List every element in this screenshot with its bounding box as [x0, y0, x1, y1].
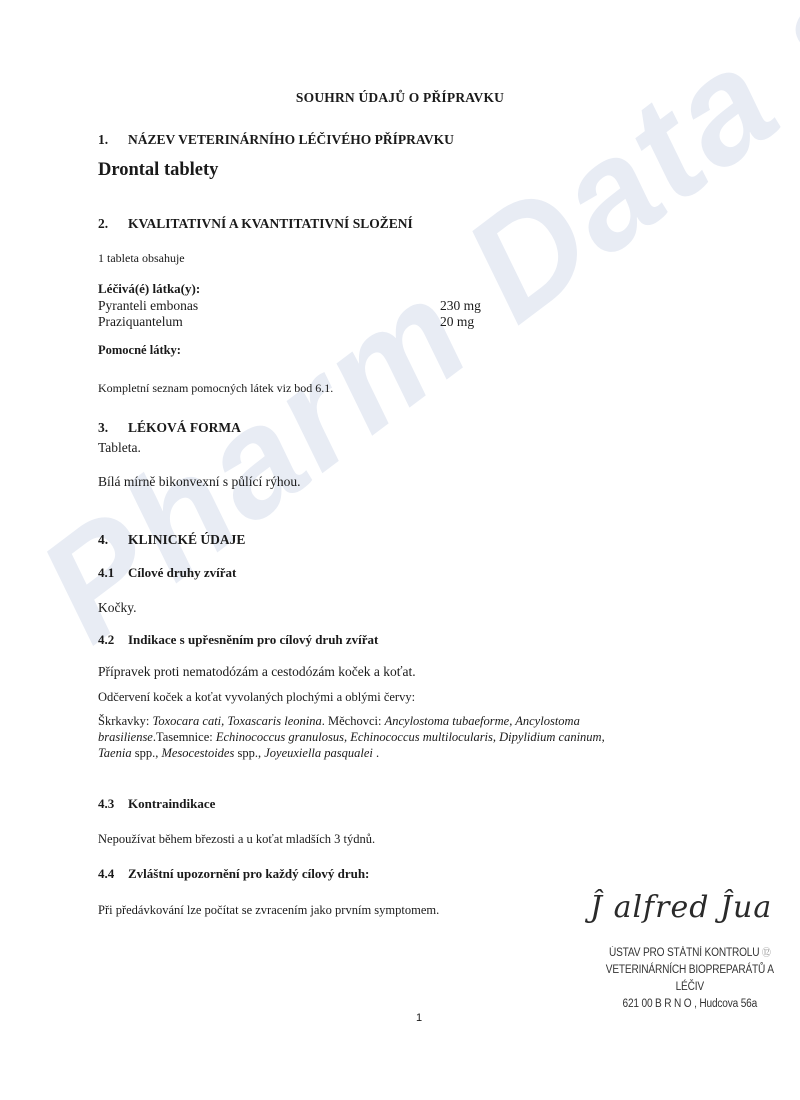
active-substance-amount: 20 mg: [440, 314, 474, 330]
section-2-heading: 2.KVALITATIVNÍ A KVANTITATIVNÍ SLOŽENÍ: [98, 216, 413, 232]
section-title: KVALITATIVNÍ A KVANTITATIVNÍ SLOŽENÍ: [128, 216, 413, 231]
form-description: Bílá mírně bikonvexní s půlící rýhou.: [98, 474, 300, 490]
section-number: 2.: [98, 216, 128, 232]
section-4-heading: 4.KLINICKÉ ÚDAJE: [98, 532, 245, 548]
section-1-heading: 1.NÁZEV VETERINÁRNÍHO LÉČIVÉHO PŘÍPRAVKU: [98, 132, 454, 148]
species-name: brasiliense: [98, 730, 153, 744]
subsection-title: Indikace s upřesněním pro cílový druh zv…: [128, 632, 378, 647]
section-3-heading: 3.LÉKOVÁ FORMA: [98, 420, 241, 436]
document-page: SOUHRN ÚDAJŮ O PŘÍPRAVKU 1.NÁZEV VETERIN…: [0, 0, 800, 1100]
subsection-title: Cílové druhy zvířat: [128, 565, 236, 580]
contraindication-text: Nepoužívat během březosti a u koťat mlad…: [98, 832, 375, 847]
text: .: [373, 746, 379, 760]
text: . Měchovci:: [322, 714, 385, 728]
parasite-list-line-3: Taenia spp., Mesocestoides spp., Joyeuxi…: [98, 746, 379, 761]
subsection-number: 4.4: [98, 866, 128, 882]
text: .Tasemnice:: [153, 730, 216, 744]
section-number: 4.: [98, 532, 128, 548]
species-name: Echinococcus granulosus, Echinococcus mu…: [216, 730, 605, 744]
official-stamp: ÚSTAV PRO STÁTNÍ KONTROLU ⑫ VETERINÁRNÍC…: [593, 945, 787, 1013]
pharmaceutical-form: Tableta.: [98, 440, 141, 456]
parasite-list-line-2: brasiliense.Tasemnice: Echinococcus gran…: [98, 730, 605, 745]
section-number: 1.: [98, 132, 128, 148]
species-name: Ancylostoma tubaeforme, Ancylostoma: [385, 714, 580, 728]
indication-detail: Odčervení koček a koťat vyvolaných ploch…: [98, 690, 415, 705]
subsection-4-4-heading: 4.4Zvláštní upozornění pro každý cílový …: [98, 866, 369, 882]
section-number: 3.: [98, 420, 128, 436]
excipients-text: Kompletní seznam pomocných látek viz bod…: [98, 381, 333, 396]
species-name: Taenia: [98, 746, 132, 760]
excipients-label: Pomocné látky:: [98, 343, 181, 358]
subsection-number: 4.2: [98, 632, 128, 648]
stamp-text: ÚSTAV PRO STÁTNÍ KONTROLU: [609, 947, 759, 959]
active-substance-name: Pyranteli embonas: [98, 298, 198, 314]
text: spp.,: [132, 746, 162, 760]
text: Škrkavky:: [98, 714, 153, 728]
active-substance-amount: 230 mg: [440, 298, 481, 314]
subsection-title: Zvláštní upozornění pro každý cílový dru…: [128, 866, 369, 881]
stamp-line-3: 621 00 B R N O , Hudcova 56a: [593, 996, 787, 1013]
stamp-line-1: ÚSTAV PRO STÁTNÍ KONTROLU ⑫: [593, 945, 787, 962]
section-title: NÁZEV VETERINÁRNÍHO LÉČIVÉHO PŘÍPRAVKU: [128, 132, 454, 147]
product-name: Drontal tablety: [98, 160, 218, 181]
species-name: Mesocestoides: [161, 746, 234, 760]
stamp-mark-icon: ⑫: [762, 948, 771, 959]
text: spp.,: [234, 746, 264, 760]
page-number: 1: [416, 1012, 422, 1024]
warning-text: Při předávkování lze počítat se zvracení…: [98, 903, 439, 918]
target-species: Kočky.: [98, 600, 137, 616]
indication-text: Přípravek proti nematodózám a cestodózám…: [98, 664, 416, 680]
parasite-list-line-1: Škrkavky: Toxocara cati, Toxascaris leon…: [98, 714, 580, 729]
subsection-number: 4.3: [98, 796, 128, 812]
subsection-4-2-heading: 4.2Indikace s upřesněním pro cílový druh…: [98, 632, 378, 648]
composition-intro: 1 tableta obsahuje: [98, 251, 185, 266]
active-substances-label: Léčivá(é) látka(y):: [98, 281, 200, 297]
subsection-title: Kontraindikace: [128, 796, 215, 811]
stamp-line-2: VETERINÁRNÍCH BIOPREPARÁTŮ A LÉČIV: [593, 962, 787, 996]
active-substance-name: Praziquantelum: [98, 314, 183, 330]
section-title: LÉKOVÁ FORMA: [128, 420, 241, 435]
document-title: SOUHRN ÚDAJŮ O PŘÍPRAVKU: [0, 90, 800, 106]
species-name: Joyeuxiella pasqualei: [264, 746, 373, 760]
species-name: Toxocara cati, Toxascaris leonina: [153, 714, 322, 728]
signature: Ĵ alfred Ĵua: [590, 890, 772, 925]
subsection-4-3-heading: 4.3Kontraindikace: [98, 796, 215, 812]
subsection-4-1-heading: 4.1Cílové druhy zvířat: [98, 565, 236, 581]
section-title: KLINICKÉ ÚDAJE: [128, 532, 245, 547]
subsection-number: 4.1: [98, 565, 128, 581]
